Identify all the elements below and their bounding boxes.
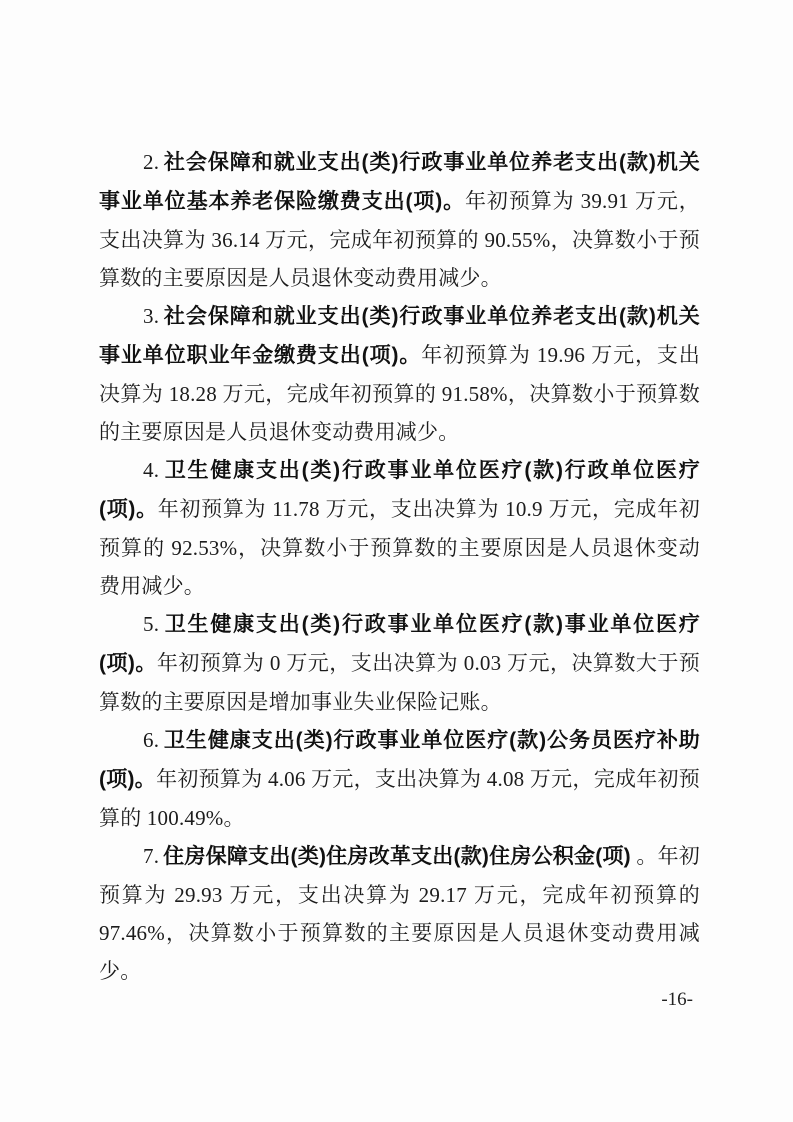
paragraph-body: 年初预算为 0 万元，支出决算为 0.03 万元，决算数大于预算数的主要原因是增… [99,651,700,714]
budget-paragraph-5: 5.卫生健康支出(类)行政事业单位医疗(款)事业单位医疗(项)。年初预算为 0 … [99,605,700,721]
paragraph-number: 5. [143,612,159,636]
page-number: -16- [661,989,693,1011]
budget-paragraph-3: 3.社会保障和就业支出(类)行政事业单位养老支出(款)机关事业单位职业年金缴费支… [99,297,700,451]
paragraph-number: 7. [143,844,159,868]
document-page: 2.社会保障和就业支出(类)行政事业单位养老支出(款)机关事业单位基本养老保险缴… [0,0,793,1122]
paragraph-number: 6. [143,728,159,752]
paragraph-body: 年初预算为 11.78 万元，支出决算为 10.9 万元，完成年初预算的 92.… [99,497,700,598]
paragraph-heading: 住房保障支出(类)住房改革支出(款)住房公积金(项) [163,845,631,868]
budget-paragraph-2: 2.社会保障和就业支出(类)行政事业单位养老支出(款)机关事业单位基本养老保险缴… [99,143,700,297]
paragraph-number: 4. [143,458,159,482]
paragraph-number: 2. [143,150,159,174]
budget-paragraph-4: 4.卫生健康支出(类)行政事业单位医疗(款)行政单位医疗(项)。年初预算为 11… [99,451,700,605]
paragraph-number: 3. [143,304,159,328]
paragraph-body: 年初预算为 4.06 万元，支出决算为 4.08 万元，完成年初预算的 100.… [99,767,700,830]
page-content: 2.社会保障和就业支出(类)行政事业单位养老支出(款)机关事业单位基本养老保险缴… [99,143,700,990]
budget-paragraph-6: 6.卫生健康支出(类)行政事业单位医疗(款)公务员医疗补助(项)。年初预算为 4… [99,721,700,837]
budget-paragraph-7: 7.住房保障支出(类)住房改革支出(款)住房公积金(项) 。年初预算为 29.9… [99,837,700,990]
